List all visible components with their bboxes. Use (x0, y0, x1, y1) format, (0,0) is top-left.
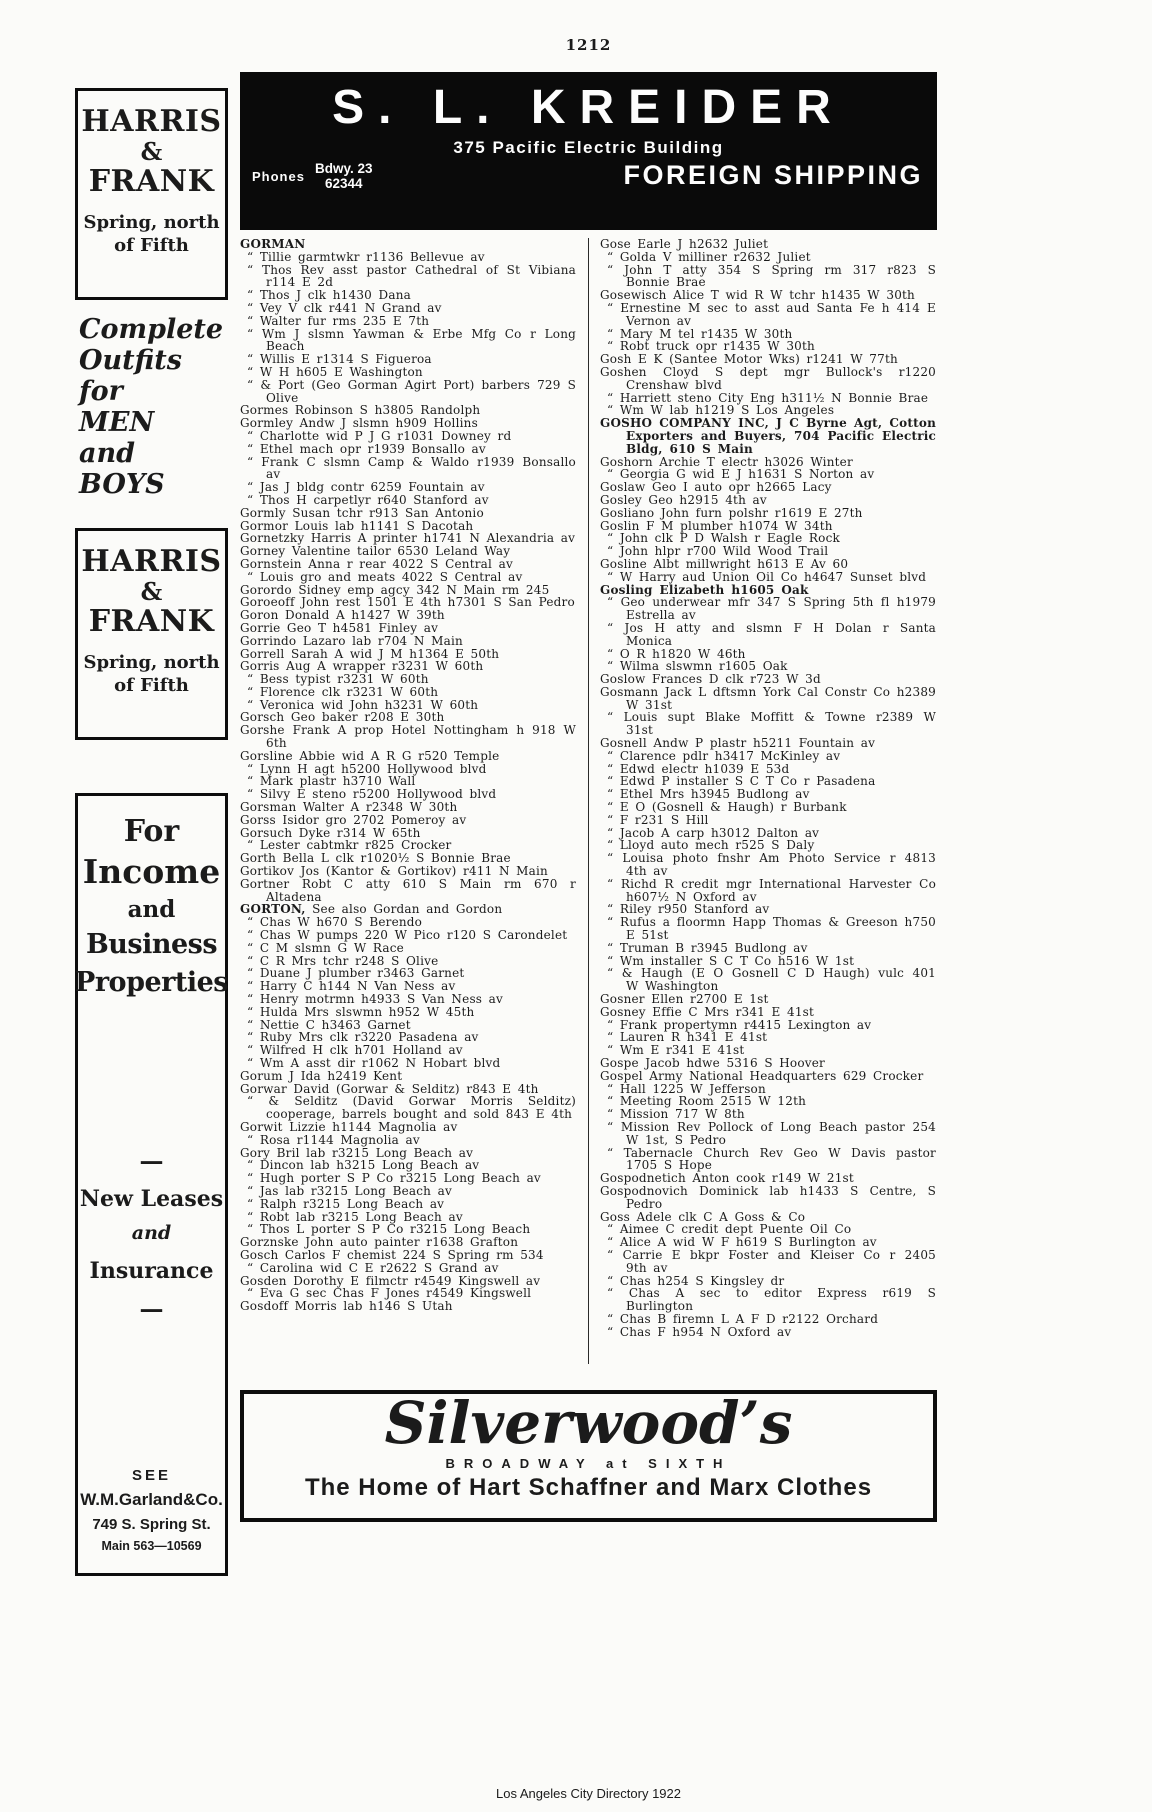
phones-block: Phones Bdwy. 23 62344 (252, 161, 373, 191)
directory-entry: “ W H h605 E Washington (240, 366, 576, 379)
directory-entry: Gosmann Jack L dftsmn York Cal Constr Co… (600, 686, 936, 712)
advertiser-location: Spring, north (78, 211, 225, 234)
directory-entry: “ & Selditz (David Gorwar Morris Selditz… (240, 1095, 576, 1121)
directory-entry: “ Tabernacle Church Rev Geo W Davis past… (600, 1147, 936, 1173)
advertiser-tagline: The Home of Hart Schaffner and Marx Clot… (244, 1474, 933, 1502)
ad-text-line: and (132, 1220, 171, 1246)
directory-entry: “ Ernestine M sec to asst aud Santa Fe h… (600, 302, 936, 328)
directory-entry: “ C M slsmn G W Race (240, 942, 576, 955)
directory-entry: “ Louis supt Blake Moffitt & Towne r2389… (600, 711, 936, 737)
sidebar-ads: HARRIS & FRANK Spring, north of Fifth Co… (75, 88, 228, 1588)
directory-entry: Goslow Frances D clk r723 W 3d (600, 673, 936, 686)
directory-entry: “ Thos H carpetlyr r640 Stanford av (240, 494, 576, 507)
surname-headword: GORMAN (240, 237, 305, 251)
directory-entry: “ Mission Rev Pollock of Long Beach past… (600, 1121, 936, 1147)
ad-text-line: New Leases (80, 1184, 223, 1214)
divider-dash: — (140, 1296, 164, 1322)
ad-text-line: Business (86, 926, 217, 964)
directory-entry: Gosch Carlos F chemist 224 S Spring rm 5… (240, 1249, 576, 1262)
directory-entry: “ & Port (Geo Gorman Agirt Port) barbers… (240, 379, 576, 405)
ad-text-line: For (124, 814, 179, 850)
directory-entry: Gorsman Walter A r2348 W 30th (240, 801, 576, 814)
directory-entry: “ Thos Rev asst pastor Cathedral of St V… (240, 264, 576, 290)
directory-columns: GORMAN“ Tillie garmtwkr r1136 Bellevue a… (240, 238, 937, 1366)
directory-entry: Gosline Albt millwright h613 E Av 60 (600, 558, 936, 571)
directory-entry: “ Jos H atty and slsmn F H Dolan r Santa… (600, 622, 936, 648)
ad-text-line: for (79, 376, 228, 407)
banner-bottom-row: Phones Bdwy. 23 62344 FOREIGN SHIPPING (240, 160, 937, 197)
phones-label: Phones (252, 169, 305, 184)
advertiser-name-line: FRANK (78, 605, 225, 639)
ad-text-line: and (128, 894, 176, 926)
phone-numbers: Bdwy. 23 62344 (315, 161, 373, 191)
directory-entry: “ Geo underwear mfr 347 S Spring 5th fl … (600, 596, 936, 622)
ad-text-line: Income (83, 850, 220, 894)
harris-frank-ad-bottom: HARRIS & FRANK Spring, north of Fifth (75, 528, 228, 740)
directory-entry: “ Walter fur rms 235 E 7th (240, 315, 576, 328)
directory-entry: Goron Donald A h1427 W 39th (240, 609, 576, 622)
directory-entry: “ Frank C slsmn Camp & Waldo r1939 Bonsa… (240, 456, 576, 482)
directory-entry: “ Jas lab r3215 Long Beach av (240, 1185, 576, 1198)
advertiser-location: BROADWAY at SIXTH (244, 1456, 933, 1471)
outfits-ad: Complete Outfits for MEN and BOYS (79, 314, 228, 500)
advertiser-name-line: FRANK (78, 165, 225, 199)
directory-entry: “ W Harry aud Union Oil Co h4647 Sunset … (600, 571, 936, 584)
directory-entry: Goshen Cloyd S dept mgr Bullock's r1220 … (600, 366, 936, 392)
directory-entry: Gornstein Anna r rear 4022 S Central av (240, 558, 576, 571)
directory-entry: Gosliano John furn polshr r1619 E 27th (600, 507, 936, 520)
silverwoods-banner-ad: Silverwood’s BROADWAY at SIXTH The Home … (240, 1390, 937, 1522)
directory-entry: “ John hlpr r700 Wild Wood Trail (600, 545, 936, 558)
directory-entry: “ & Haugh (E O Gosnell C D Haugh) vulc 4… (600, 967, 936, 993)
ad-text-line: BOYS (79, 469, 228, 500)
page-footer: Los Angeles City Directory 1922 (240, 1786, 937, 1801)
right-column: Gose Earle J h2632 Juliet“ Golda V milli… (600, 238, 936, 1366)
directory-entry: Gosdoff Morris lab h146 S Utah (240, 1300, 576, 1313)
directory-entry: Gorwit Lizzie h1144 Magnolia av (240, 1121, 576, 1134)
directory-entry: Gorsline Abbie wid A R G r520 Temple (240, 750, 576, 763)
directory-entry: “ Vey V clk r441 N Grand av (240, 302, 576, 315)
advertiser-name-line: HARRIS (78, 105, 225, 139)
directory-entry: GOSHO COMPANY INC, J C Byrne Agt, Cotton… (600, 417, 936, 455)
directory-entry: “ Wm J slsmn Yawman & Erbe Mfg Co r Long… (240, 328, 576, 354)
advertiser-name: Silverwood’s (244, 1392, 933, 1454)
directory-entry: Gospe Jacob hdwe 5316 S Hoover (600, 1057, 936, 1070)
advertiser-address: 749 S. Spring St. (92, 1516, 210, 1533)
directory-entry: Gosner Ellen r2700 E 1st (600, 993, 936, 1006)
ad-text-line: and (79, 438, 228, 469)
garland-ad-headline: For Income and Business Properties (78, 814, 225, 1002)
directory-entry: “ Ethel mach opr r1939 Bonsallo av (240, 443, 576, 456)
ad-text-line: Complete (79, 314, 228, 345)
directory-entry: Gormly Susan tchr r913 San Antonio (240, 507, 576, 520)
directory-entry: “ Chas W pumps 220 W Pico r120 S Caronde… (240, 929, 576, 942)
advertiser-address: 375 Pacific Electric Building (240, 138, 937, 158)
ampersand: & (78, 139, 225, 165)
directory-entry: Gospel Army National Headquarters 629 Cr… (600, 1070, 936, 1083)
garland-ad: For Income and Business Properties — New… (75, 793, 228, 1576)
advertiser-company: W.M.Garland&Co. (80, 1490, 223, 1510)
directory-entry: Gosney Effie C Mrs r341 E 41st (600, 1006, 936, 1019)
advertiser-location: of Fifth (78, 234, 225, 257)
ad-text-line: MEN (79, 407, 228, 438)
ad-text-line: Insurance (90, 1256, 214, 1286)
directory-entry: “ Carolina wid C E r2622 S Grand av (240, 1262, 576, 1275)
directory-entry: “ Bess typist r3231 W 60th (240, 673, 576, 686)
advertiser-name: S. L. KREIDER (240, 82, 937, 134)
harris-frank-ad-top: HARRIS & FRANK Spring, north of Fifth (75, 88, 228, 300)
advertiser-phone: Main 563—10569 (101, 1539, 201, 1553)
directory-entry: Gorum J Ida h2419 Kent (240, 1070, 576, 1083)
directory-entry: “ F r231 S Hill (600, 814, 936, 827)
directory-entry: Gosley Geo h2915 4th av (600, 494, 936, 507)
directory-entry: GORMAN (240, 238, 576, 251)
advertiser-name-line: HARRIS (78, 545, 225, 579)
directory-entry: “ Wm A asst dir r1062 N Hobart blvd (240, 1057, 576, 1070)
advertiser-location: of Fifth (78, 674, 225, 697)
directory-entry: “ Louis gro and meats 4022 S Central av (240, 571, 576, 584)
see-label: SEE (132, 1467, 171, 1484)
directory-entry: “ Chas F h954 N Oxford av (600, 1326, 936, 1339)
phone-number: 62344 (325, 176, 363, 191)
directory-entry: Gortner Robt C atty 610 S Main rm 670 r … (240, 878, 576, 904)
directory-entry: “ Henry motrmn h4933 S Van Ness av (240, 993, 576, 1006)
directory-entry: “ Florence clk r3231 W 60th (240, 686, 576, 699)
directory-entry: “ Charlotte wid P J G r1031 Downey rd (240, 430, 576, 443)
advertiser-tagline: FOREIGN SHIPPING (623, 160, 923, 191)
directory-entry: “ Richd R credit mgr International Harve… (600, 878, 936, 904)
left-column: GORMAN“ Tillie garmtwkr r1136 Bellevue a… (240, 238, 576, 1366)
kreider-banner-ad: S. L. KREIDER 375 Pacific Electric Build… (240, 72, 937, 230)
directory-entry: “ John T atty 354 S Spring rm 317 r823 S… (600, 264, 936, 290)
directory-entry: “ Rosa r1144 Magnolia av (240, 1134, 576, 1147)
directory-entry: Gorshe Frank A prop Hotel Nottingham h 9… (240, 724, 576, 750)
directory-entry: “ Louisa photo fnshr Am Photo Service r … (600, 852, 936, 878)
directory-entry: Gortikov Jos (Kantor & Gortikov) r411 N … (240, 865, 576, 878)
directory-entry: Gospodnovich Dominick lab h1433 S Centre… (600, 1185, 936, 1211)
directory-entry: “ Tillie garmtwkr r1136 Bellevue av (240, 251, 576, 264)
directory-entry: Gosnell Andw P plastr h5211 Fountain av (600, 737, 936, 750)
directory-page-scan: 1212 HARRIS & FRANK Spring, north of Fif… (0, 0, 1152, 1812)
directory-entry: “ Truman B r3945 Budlong av (600, 942, 936, 955)
garland-ad-contact: SEE W.M.Garland&Co. 749 S. Spring St. Ma… (78, 1467, 225, 1553)
ad-text-line: Properties (75, 964, 228, 1002)
directory-entry: “ Chas B firemn L A F D r2122 Orchard (600, 1313, 936, 1326)
directory-entry: “ Golda V milliner r2632 Juliet (600, 251, 936, 264)
directory-entry: “ Hulda Mrs slswmn h952 W 45th (240, 1006, 576, 1019)
directory-entry: “ Clarence pdlr h3417 McKinley av (600, 750, 936, 763)
directory-entry: Gose Earle J h2632 Juliet (600, 238, 936, 251)
directory-entry: “ Ralph r3215 Long Beach av (240, 1198, 576, 1211)
directory-entry: Gorss Isidor gro 2702 Pomeroy av (240, 814, 576, 827)
phone-number: Bdwy. 23 (315, 161, 373, 176)
column-divider (588, 238, 589, 1364)
directory-entry: Gorrindo Lazaro lab r704 N Main (240, 635, 576, 648)
directory-entry: “ Carrie E bkpr Foster and Kleiser Co r … (600, 1249, 936, 1275)
advertiser-location: Spring, north (78, 651, 225, 674)
garland-ad-services: — New Leases and Insurance — (78, 1148, 225, 1322)
directory-entry: “ Chas A sec to editor Express r619 S Bu… (600, 1287, 936, 1313)
ampersand: & (78, 579, 225, 605)
page-number: 1212 (240, 36, 937, 54)
divider-dash: — (140, 1148, 164, 1174)
ad-text-line: Outfits (79, 345, 228, 376)
directory-entry: Gorrie Geo T h4581 Finley av (240, 622, 576, 635)
directory-entry: “ E O (Gosnell & Haugh) r Burbank (600, 801, 936, 814)
directory-entry: Gorney Valentine tailor 6530 Leland Way (240, 545, 576, 558)
directory-entry: “ Rufus a floormn Happ Thomas & Greeson … (600, 916, 936, 942)
